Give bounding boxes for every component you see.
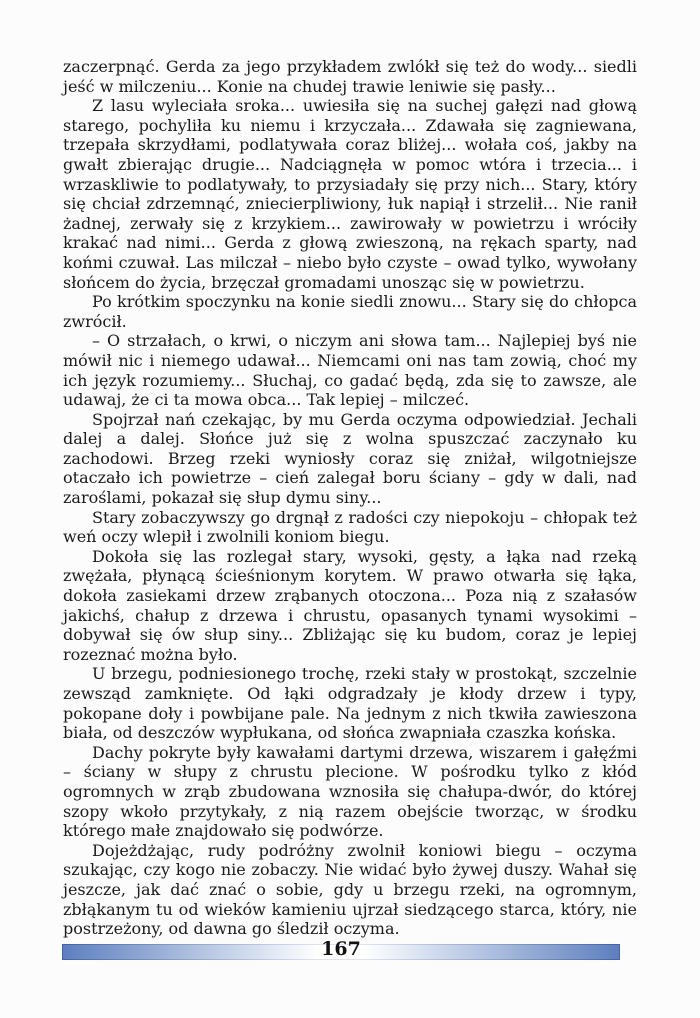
paragraph: Stary zobaczywszy go drgnął z radości cz… [63, 508, 637, 547]
paragraph: Dojeżdżając, rudy podróżny zwolnił konio… [63, 841, 637, 939]
paragraph: U brzegu, podniesionego trochę, rzeki st… [63, 664, 637, 742]
paragraph: – O strzałach, o krwi, o niczym ani słow… [63, 331, 637, 409]
text-block: zaczerpnąć. Gerda za jego przykładem zwl… [63, 57, 637, 939]
paragraph: Po krótkim spoczynku na konie siedli zno… [63, 292, 637, 331]
page-footer: 167 [62, 944, 620, 960]
paragraph: Dokoła się las rozlegał stary, wysoki, g… [63, 547, 637, 665]
paragraph: Spojrzał nań czekając, by mu Gerda oczym… [63, 410, 637, 508]
paragraph: Dachy pokryte były kawałami dartymi drze… [63, 743, 637, 841]
book-page: zaczerpnąć. Gerda za jego przykładem zwl… [0, 0, 700, 1018]
page-number: 167 [321, 940, 361, 959]
paragraph: Z lasu wyleciała sroka... uwiesiła się n… [63, 96, 637, 292]
paragraph: zaczerpnąć. Gerda za jego przykładem zwl… [63, 57, 637, 96]
